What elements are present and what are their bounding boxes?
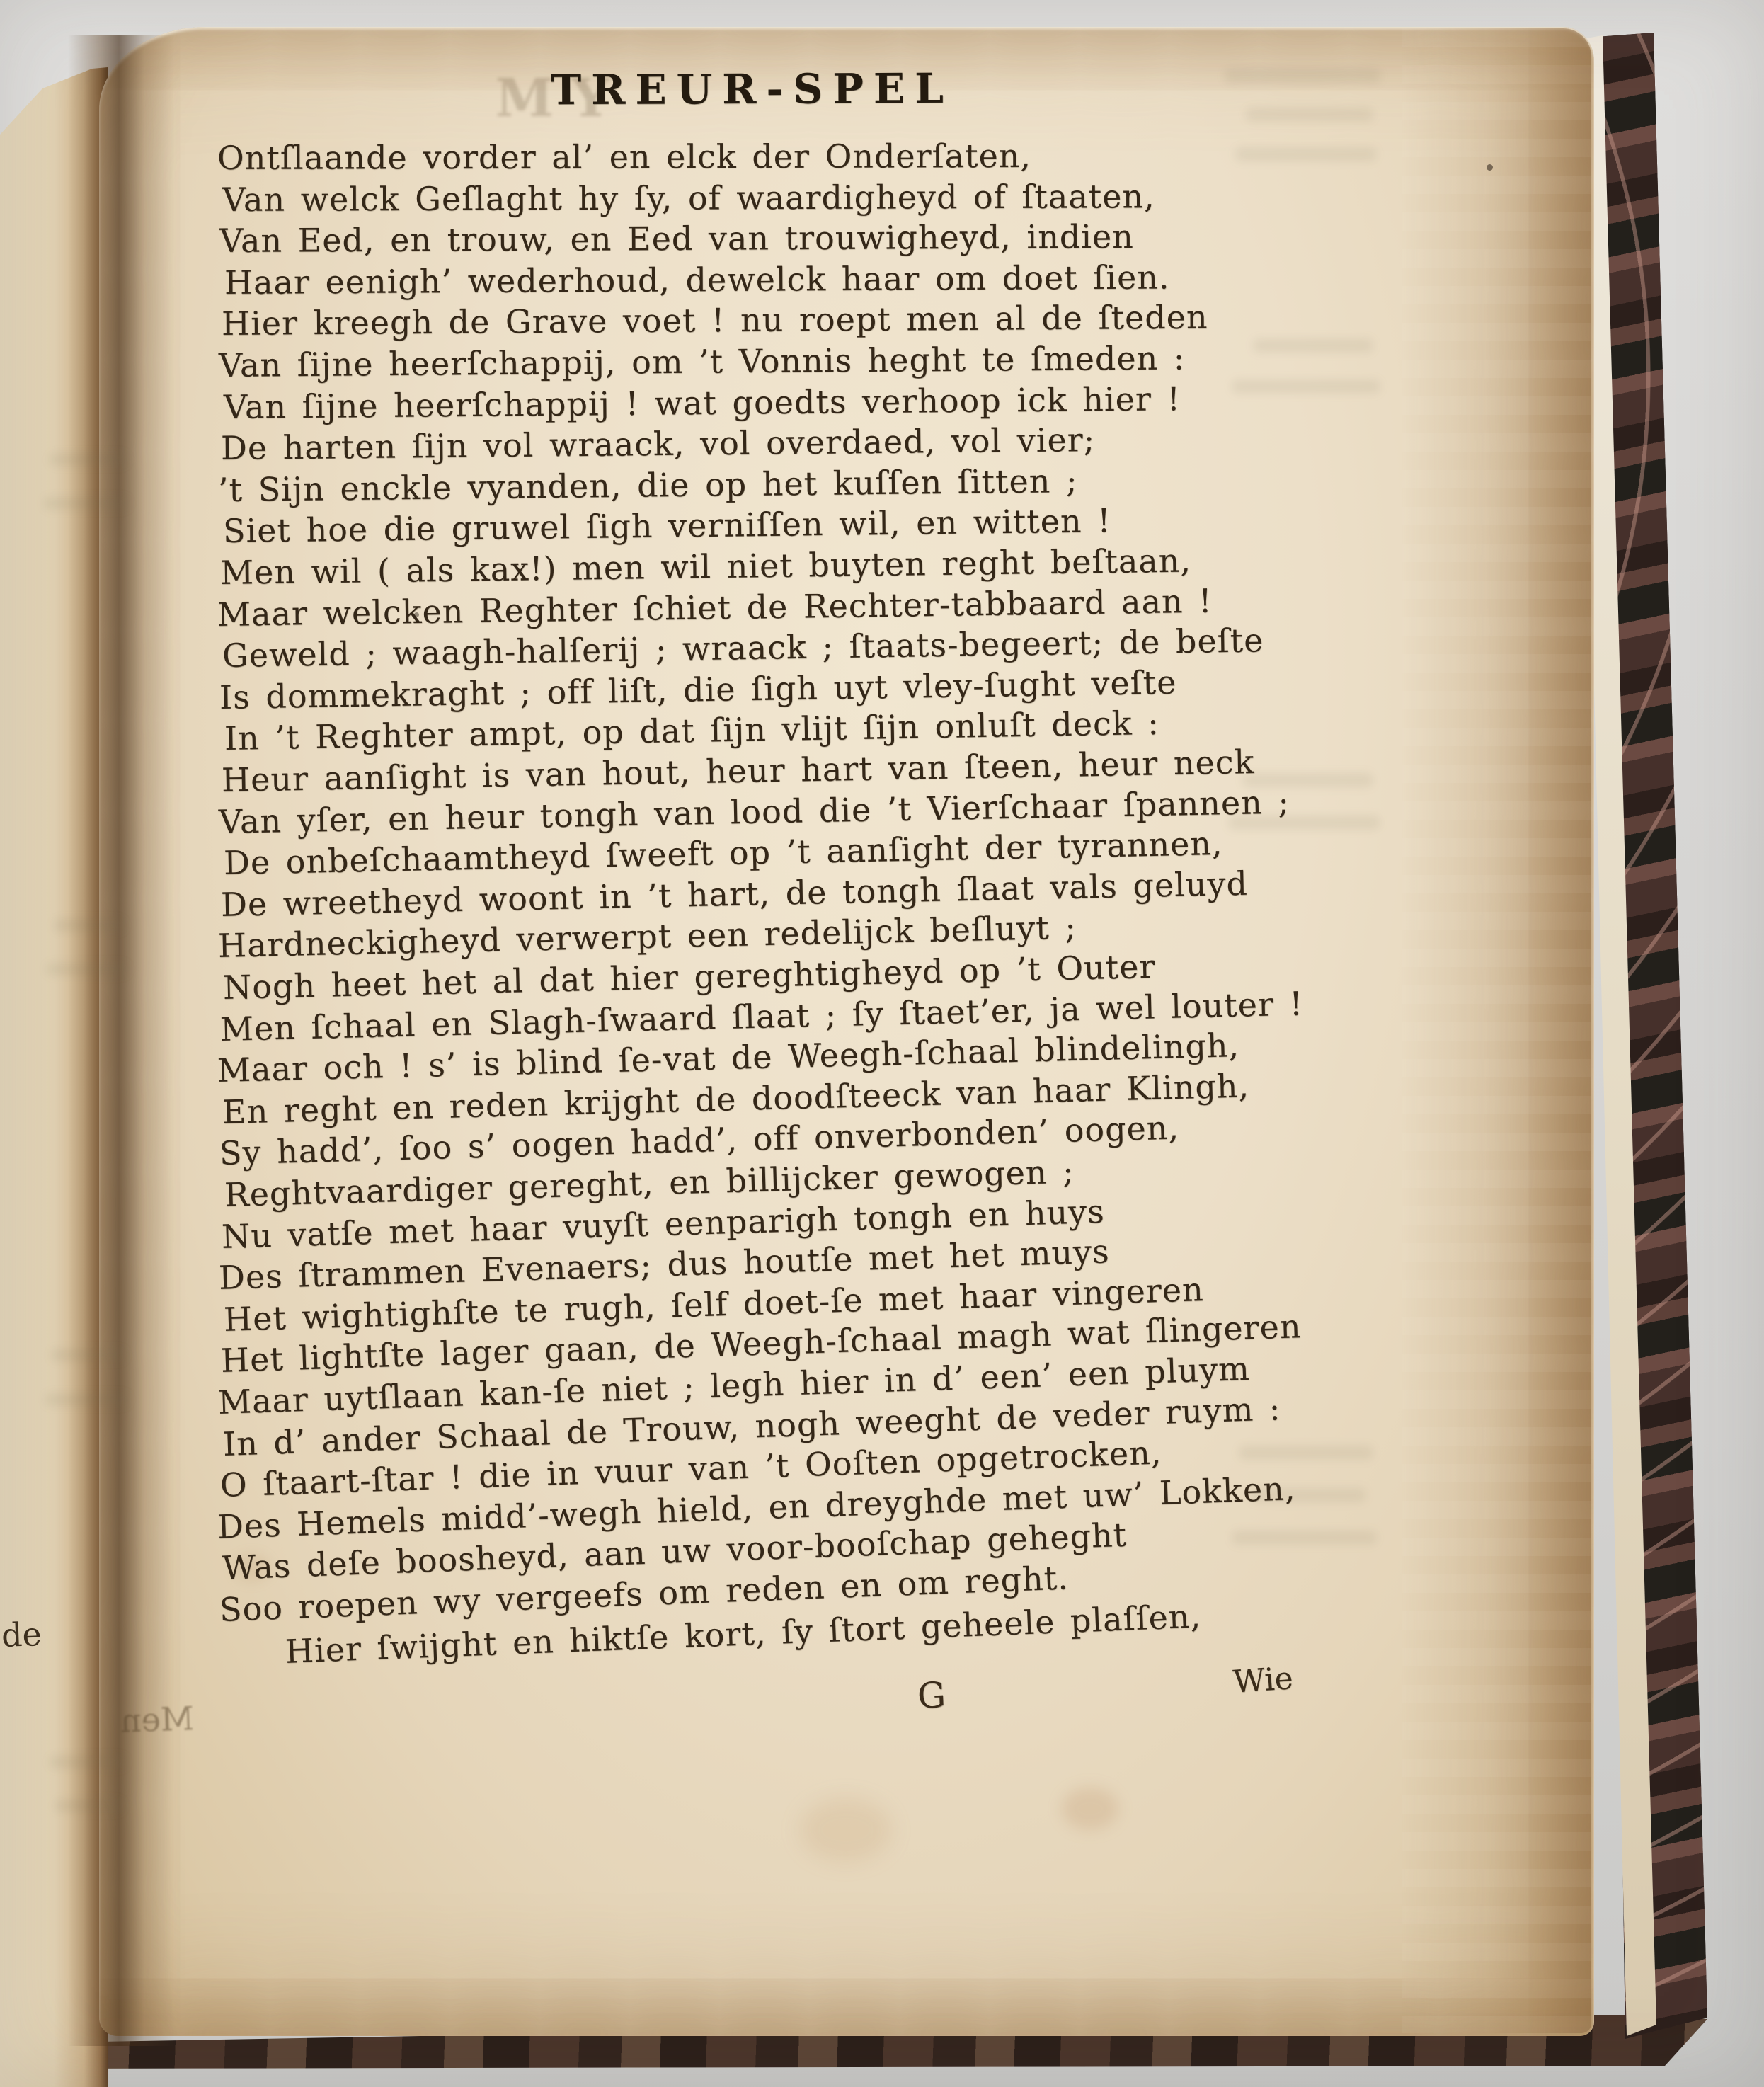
bleedthrough-smudge — [51, 1349, 125, 1361]
bleedthrough-smudge — [50, 1756, 126, 1768]
catchword: Wie — [1232, 1660, 1294, 1700]
page-title: TREUR-SPEL — [551, 64, 953, 114]
poem-line: Van Eed, en trouw, en Eed van trouwighey… — [219, 217, 1134, 260]
gutter-shadow — [68, 35, 174, 2046]
ink-speck — [1487, 164, 1493, 171]
bleedthrough-smudge — [1239, 1446, 1373, 1460]
bleedthrough-smudge — [47, 963, 128, 976]
bleedthrough-smudge — [1225, 68, 1380, 84]
bleedthrough-smudge — [54, 919, 125, 932]
bleedthrough-smudge — [1232, 379, 1380, 394]
foxing-spot — [1062, 1788, 1118, 1830]
bleedthrough-smudge — [55, 1800, 123, 1812]
bleedthrough-smudge — [1246, 108, 1373, 122]
book-photo: { "page": { "title": "TREUR-SPEL", "sign… — [0, 0, 1764, 2087]
bleedthrough-smudge — [1232, 1531, 1377, 1545]
bleedthrough-smudge — [44, 497, 129, 510]
bleedthrough-smudge — [1253, 338, 1373, 353]
poem-line: Van ſijne heerſchappij, om ’t Vonnis heg… — [219, 339, 1186, 384]
bleedthrough-smudge — [45, 1393, 129, 1406]
signature-mark: G — [917, 1674, 946, 1717]
poem-line: Ontſlaande vorder al’ en elck der Onderſ… — [217, 137, 1031, 177]
bleedthrough-smudge — [1235, 147, 1377, 161]
bleedthrough-smudge — [50, 453, 127, 466]
poem-line: Van welck Geſlaght hy ſy, of waardigheyd… — [222, 177, 1155, 219]
poem-line: Van ſijne heerſchappij ! wat goedts verh… — [224, 379, 1181, 426]
poem-line: Haar eenigh’ wederhoud, dewelck haar om … — [224, 258, 1170, 302]
page-deckle-edge — [1402, 28, 1591, 2033]
foxing-spot — [800, 1798, 892, 1862]
poem-line: Hier kreegh de Grave voet ! nu roept men… — [222, 298, 1208, 343]
facing-page-fragment: de — [1, 1615, 42, 1654]
